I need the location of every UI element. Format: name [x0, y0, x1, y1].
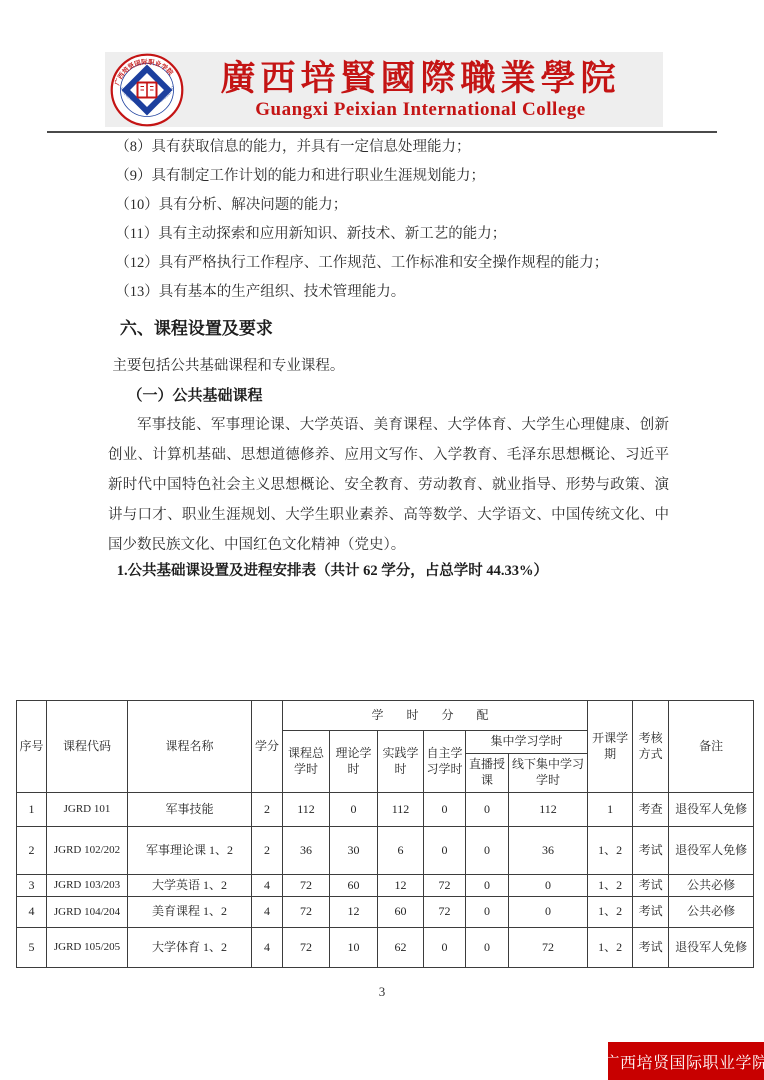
table-cell: 考试	[633, 928, 669, 968]
col-header-seq: 序号	[17, 701, 47, 793]
table-cell: 6	[378, 827, 424, 875]
table-cell: 1、2	[588, 875, 633, 897]
table-cell: 36	[283, 827, 330, 875]
ability-item: （8）具有获取信息的能力，并具有一定信息处理能力；	[108, 133, 670, 162]
table-cell: 大学体育 1、2	[128, 928, 252, 968]
table-cell: JGRD 102/202	[47, 827, 128, 875]
col-header-self-study-hours: 自主学习学时	[424, 731, 466, 793]
table-cell: 考试	[633, 827, 669, 875]
table-cell: 退役军人免修	[669, 928, 754, 968]
document-page: 广西培贤国际职业学院 GUANGXI PEIXIAN INTERNATIONAL…	[0, 0, 764, 1080]
table-cell: 2	[252, 827, 283, 875]
col-header-name: 课程名称	[128, 701, 252, 793]
ability-item: （9）具有制定工作计划的能力和进行职业生涯规划能力；	[108, 162, 670, 191]
col-header-offline-centralized: 线下集中学习学时	[509, 754, 588, 793]
table-cell: 0	[466, 875, 509, 897]
table-row: 3 JGRD 103/203 大学英语 1、2 4 72 60 12 72 0 …	[17, 875, 754, 897]
col-header-total-hours: 课程总学时	[283, 731, 330, 793]
col-header-credits: 学分	[252, 701, 283, 793]
table-cell: 0	[509, 875, 588, 897]
course-schedule-table: 序号 课程代码 课程名称 学分 学 时 分 配 开课学期 考核方式 备注 课程总…	[16, 700, 754, 968]
col-header-live-class: 直播授课	[466, 754, 509, 793]
table-cell: 30	[330, 827, 378, 875]
section-heading: 六、课程设置及要求	[108, 317, 670, 341]
table-cell: 5	[17, 928, 47, 968]
table-caption: 1.公共基础课设置及进程安排表（共计 62 学分，占总学时 44.33%）	[108, 559, 670, 583]
table-cell: 0	[424, 928, 466, 968]
table-cell: 112	[283, 793, 330, 827]
ability-list: （8）具有获取信息的能力，并具有一定信息处理能力； （9）具有制定工作计划的能力…	[108, 133, 670, 307]
table-cell: 0	[466, 897, 509, 928]
table-cell: 62	[378, 928, 424, 968]
table-cell: 112	[378, 793, 424, 827]
table-cell: 2	[252, 793, 283, 827]
college-title-block: 廣西培賢國際職業學院 Guangxi Peixian International…	[184, 59, 663, 121]
table-cell: 4	[252, 897, 283, 928]
table-cell: 0	[466, 827, 509, 875]
table-cell: 公共必修	[669, 897, 754, 928]
page-header: 广西培贤国际职业学院 GUANGXI PEIXIAN INTERNATIONAL…	[105, 52, 663, 127]
table-cell: 12	[378, 875, 424, 897]
table-cell: JGRD 101	[47, 793, 128, 827]
ability-item: （13）具有基本的生产组织、技术管理能力。	[108, 278, 670, 307]
table-row: 5 JGRD 105/205 大学体育 1、2 4 72 10 62 0 0 7…	[17, 928, 754, 968]
table-cell: 72	[283, 875, 330, 897]
col-header-code: 课程代码	[47, 701, 128, 793]
table-row: 1 JGRD 101 军事技能 2 112 0 112 0 0 112 1 考查…	[17, 793, 754, 827]
table-cell: JGRD 105/205	[47, 928, 128, 968]
col-header-practice-hours: 实践学时	[378, 731, 424, 793]
table-cell: 0	[424, 827, 466, 875]
table-row: 4 JGRD 104/204 美育课程 1、2 4 72 12 60 72 0 …	[17, 897, 754, 928]
table-cell: 0	[330, 793, 378, 827]
ability-item: （12）具有严格执行工作程序、工作规范、工作标准和安全操作规程的能力；	[108, 249, 670, 278]
course-list-paragraph: 军事技能、军事理论课、大学英语、美育课程、大学体育、大学生心理健康、创新创业、计…	[108, 410, 669, 560]
table-cell: 美育课程 1、2	[128, 897, 252, 928]
table-cell: 36	[509, 827, 588, 875]
table-cell: 72	[283, 928, 330, 968]
page-number: 3	[0, 984, 764, 1000]
table-cell: 72	[283, 897, 330, 928]
table-cell: 退役军人免修	[669, 793, 754, 827]
table-cell: 4	[252, 875, 283, 897]
table-cell: 12	[330, 897, 378, 928]
table-cell: 72	[424, 875, 466, 897]
table-cell: 考试	[633, 875, 669, 897]
table-cell: 退役军人免修	[669, 827, 754, 875]
table-cell: 3	[17, 875, 47, 897]
table-cell: 4	[17, 897, 47, 928]
table-cell: JGRD 103/203	[47, 875, 128, 897]
table-cell: 0	[466, 928, 509, 968]
table-cell: 公共必修	[669, 875, 754, 897]
table-cell: 考查	[633, 793, 669, 827]
table-cell: 1	[17, 793, 47, 827]
table-cell: 大学英语 1、2	[128, 875, 252, 897]
table-cell: 1、2	[588, 827, 633, 875]
table-cell: 60	[330, 875, 378, 897]
table-cell: 0	[509, 897, 588, 928]
ability-item: （11）具有主动探索和应用新知识、新技术、新工艺的能力；	[108, 220, 670, 249]
table-cell: 军事技能	[128, 793, 252, 827]
table-cell: 军事理论课 1、2	[128, 827, 252, 875]
table-cell: 0	[466, 793, 509, 827]
college-name-en: Guangxi Peixian International College	[184, 99, 657, 121]
col-header-semester: 开课学期	[588, 701, 633, 793]
table-cell: 112	[509, 793, 588, 827]
table-cell: 72	[509, 928, 588, 968]
table-cell: 2	[17, 827, 47, 875]
table-cell: 0	[424, 793, 466, 827]
col-header-centralized-group: 集中学习学时	[466, 731, 588, 754]
table-cell: JGRD 104/204	[47, 897, 128, 928]
table-row: 2 JGRD 102/202 军事理论课 1、2 2 36 30 6 0 0 3…	[17, 827, 754, 875]
col-header-remark: 备注	[669, 701, 754, 793]
college-logo-icon: 广西培贤国际职业学院 GUANGXI PEIXIAN INTERNATIONAL…	[110, 53, 184, 127]
table-cell: 1、2	[588, 928, 633, 968]
table-cell: 72	[424, 897, 466, 928]
ability-item: （10）具有分析、解决问题的能力；	[108, 191, 670, 220]
table-cell: 4	[252, 928, 283, 968]
table-cell: 考试	[633, 897, 669, 928]
table-cell: 10	[330, 928, 378, 968]
col-header-assessment: 考核方式	[633, 701, 669, 793]
subsection-heading: （一）公共基础课程	[108, 384, 670, 408]
table-cell: 60	[378, 897, 424, 928]
brand-watermark-bar: 广西培贤国际职业学院	[608, 1042, 764, 1080]
col-header-theory-hours: 理论学时	[330, 731, 378, 793]
col-header-hours-group: 学 时 分 配	[283, 701, 588, 731]
section-intro: 主要包括公共基础课程和专业课程。	[108, 354, 670, 378]
college-name-zh: 廣西培賢國際職業學院	[184, 59, 657, 99]
table-cell: 1	[588, 793, 633, 827]
table-header-row: 序号 课程代码 课程名称 学分 学 时 分 配 开课学期 考核方式 备注	[17, 701, 754, 731]
table-cell: 1、2	[588, 897, 633, 928]
